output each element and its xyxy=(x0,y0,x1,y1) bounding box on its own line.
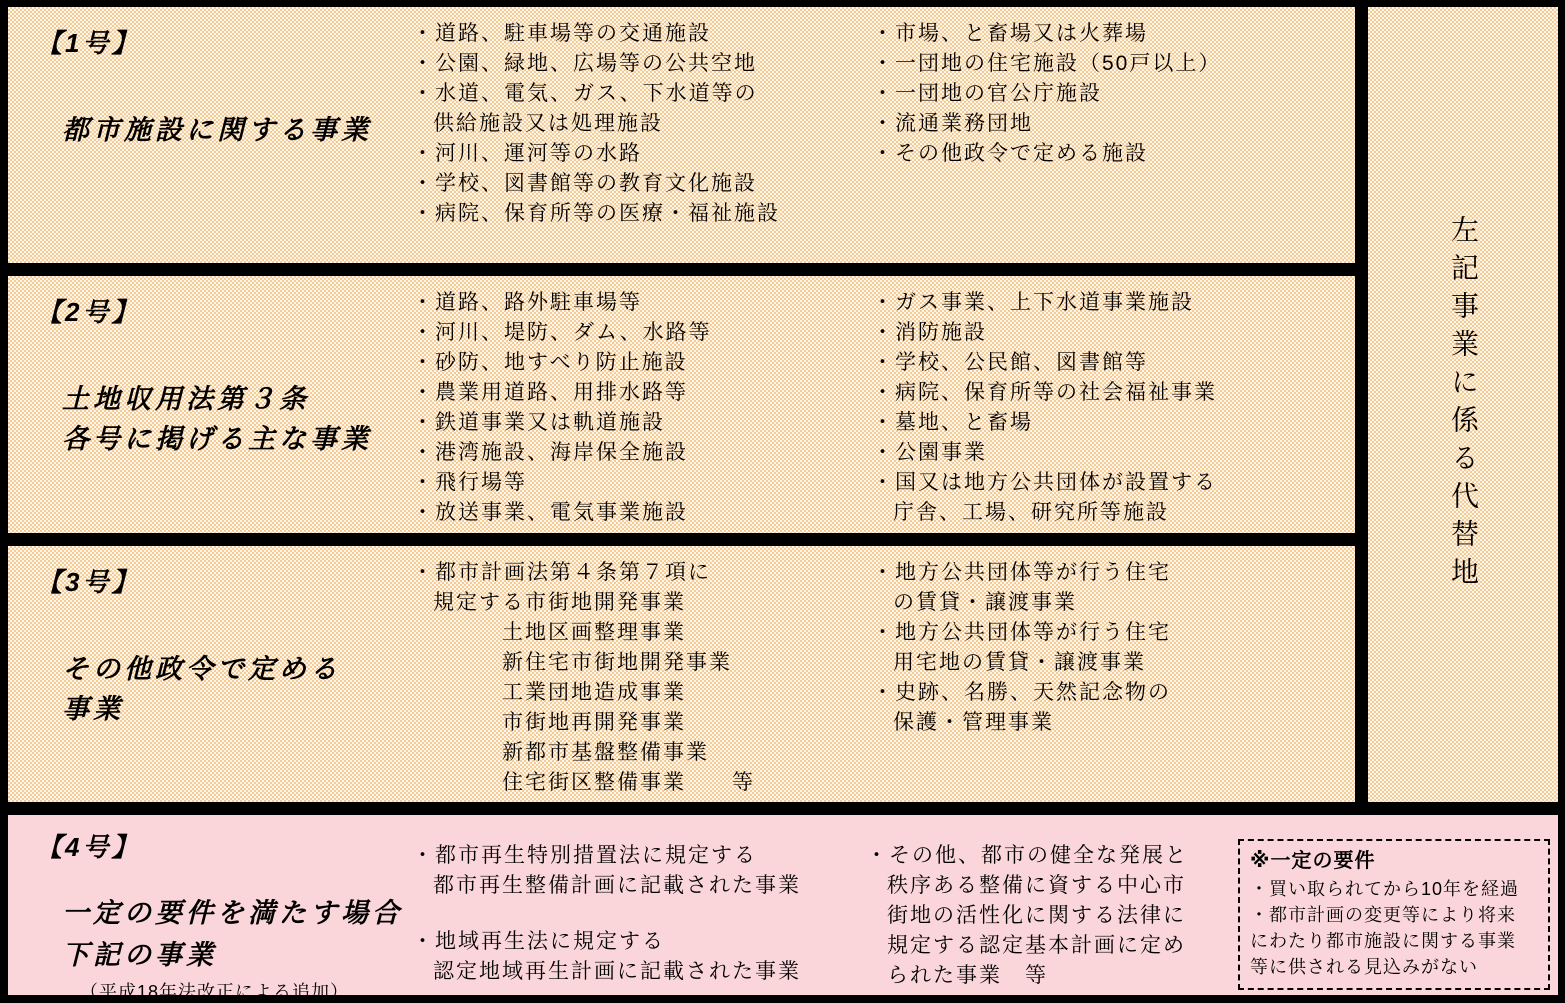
list-item: ・病院、保育所等の社会福祉事業 xyxy=(872,378,1355,408)
section-subtitle: 都市施設に関する事業 xyxy=(62,110,408,150)
list-item: ・河川、運河等の水路 xyxy=(412,139,866,169)
list-item: ・砂防、地すべり防止施設 xyxy=(412,348,866,378)
list-item: ・河川、堤防、ダム、水路等 xyxy=(412,318,866,348)
bullet-list-right: ・その他、都市の健全な発展と 秩序ある整備に資する中心市 街地の活性化に関する法… xyxy=(860,815,1226,995)
section-heading: 【3号】 xyxy=(36,562,408,599)
list-item: ・学校、公民館、図書館等 xyxy=(872,348,1355,378)
list-item: ・道路、路外駐車場等 xyxy=(412,288,866,318)
requirements-area: ※一定の要件 ・買い取られてから10年を経過・都市計画の変更等により将来 にわた… xyxy=(1226,815,1558,995)
requirements-list: ・買い取られてから10年を経過・都市計画の変更等により将来 にわたり都市施設に関… xyxy=(1250,876,1542,980)
list-item: ・都市再生特別措置法に規定する 都市再生整備計画に記載された事業 xyxy=(412,841,860,901)
requirements-box: ※一定の要件 ・買い取られてから10年を経過・都市計画の変更等により将来 にわた… xyxy=(1238,839,1550,990)
list-item: ・ガス事業、上下水道事業施設 xyxy=(872,288,1355,318)
list-item: ・水道、電気、ガス、下水道等の 供給施設又は処理施設 xyxy=(412,79,866,139)
section-go2: 【2号】 土地収用法第３条 各号に掲げる主な事業 ・道路、路外駐車場等・河川、堤… xyxy=(8,276,1355,532)
list-item: ・道路、駐車場等の交通施設 xyxy=(412,19,866,49)
bullet-list-left: ・道路、駐車場等の交通施設・公園、緑地、広場等の公共空地・水道、電気、ガス、下水… xyxy=(408,7,866,263)
section-go2-label: 【2号】 土地収用法第３条 各号に掲げる主な事業 xyxy=(8,276,408,532)
section-go1-label: 【1号】 都市施設に関する事業 xyxy=(8,7,408,263)
bullet-list-left: ・道路、路外駐車場等・河川、堤防、ダム、水路等・砂防、地すべり防止施設・農業用道… xyxy=(408,276,866,532)
list-item: ・放送事業、電気事業施設 xyxy=(412,498,866,528)
section-subtitle: 土地収用法第３条 各号に掲げる主な事業 xyxy=(62,379,408,459)
section-subtitle: 一定の要件を満たす場合 下記の事業 xyxy=(62,892,408,976)
list-item: ・飛行場等 xyxy=(412,468,866,498)
list-item: ・一団地の住宅施設（50戸以上） xyxy=(872,49,1355,79)
list-item: ・地方公共団体等が行う住宅 の賃貸・譲渡事業 xyxy=(872,558,1355,618)
list-item: ・墓地、と畜場 xyxy=(872,408,1355,438)
requirements-title: ※一定の要件 xyxy=(1250,846,1542,876)
list-item: ・都市計画法第４条第７項に 規定する市街地開発事業 土地区画整理事業 新住宅市街… xyxy=(412,558,866,798)
list-item: ・公園、緑地、広場等の公共空地 xyxy=(412,49,866,79)
section-heading: 【1号】 xyxy=(36,23,408,60)
list-item: ・農業用道路、用排水路等 xyxy=(412,378,866,408)
bullet-list-right: ・市場、と畜場又は火葬場・一団地の住宅施設（50戸以上）・一団地の官公庁施設・流… xyxy=(866,7,1355,263)
list-item: ・流通業務団地 xyxy=(872,109,1355,139)
list-item: ・国又は地方公共団体が設置する 庁舎、工場、研究所等施設 xyxy=(872,468,1355,528)
list-item: ・史跡、名勝、天然記念物の 保護・管理事業 xyxy=(872,678,1355,738)
vertical-label: 左記事業に係る代替地 xyxy=(1443,215,1483,595)
list-item: ・学校、図書館等の教育文化施設 xyxy=(412,169,866,199)
section-go1: 【1号】 都市施設に関する事業 ・道路、駐車場等の交通施設・公園、緑地、広場等の… xyxy=(8,7,1355,263)
list-item: ・消防施設 xyxy=(872,318,1355,348)
section-heading: 【2号】 xyxy=(36,292,408,329)
list-item: ・一団地の官公庁施設 xyxy=(872,79,1355,109)
list-item: ・鉄道事業又は軌道施設 xyxy=(412,408,866,438)
right-panel: 左記事業に係る代替地 xyxy=(1368,7,1558,802)
list-item: ・港湾施設、海岸保全施設 xyxy=(412,438,866,468)
list-item: ・都市計画の変更等により将来 にわたり都市施設に関する事業 等に供される見込みが… xyxy=(1250,902,1542,980)
bullet-list-left: ・都市計画法第４条第７項に 規定する市街地開発事業 土地区画整理事業 新住宅市街… xyxy=(408,546,866,802)
list-item: ・市場、と畜場又は火葬場 xyxy=(872,19,1355,49)
section-go3: 【3号】 その他政令で定める 事業 ・都市計画法第４条第７項に 規定する市街地開… xyxy=(8,546,1355,802)
table-frame: 【1号】 都市施設に関する事業 ・道路、駐車場等の交通施設・公園、緑地、広場等の… xyxy=(0,0,1565,1003)
list-item: ・その他、都市の健全な発展と 秩序ある整備に資する中心市 街地の活性化に関する法… xyxy=(866,841,1226,991)
bullet-list-right: ・ガス事業、上下水道事業施設・消防施設・学校、公民館、図書館等・病院、保育所等の… xyxy=(866,276,1355,532)
list-item: ・病院、保育所等の医療・福祉施設 xyxy=(412,199,866,229)
list-item: ・買い取られてから10年を経過 xyxy=(1250,876,1542,902)
list-item: ・その他政令で定める施設 xyxy=(872,139,1355,169)
section-go4-label: 【4号】 一定の要件を満たす場合 下記の事業 （平成18年法改正による追加） xyxy=(8,815,408,995)
bullet-list-right: ・地方公共団体等が行う住宅 の賃貸・譲渡事業・地方公共団体等が行う住宅 用宅地の… xyxy=(866,546,1355,802)
list-item: ・地方公共団体等が行う住宅 用宅地の賃貸・譲渡事業 xyxy=(872,618,1355,678)
upper-area: 【1号】 都市施設に関する事業 ・道路、駐車場等の交通施設・公園、緑地、広場等の… xyxy=(8,7,1558,802)
list-item: ・公園事業 xyxy=(872,438,1355,468)
section-note: （平成18年法改正による追加） xyxy=(80,978,408,995)
bullet-list-left: ・都市再生特別措置法に規定する 都市再生整備計画に記載された事業・地域再生法に規… xyxy=(408,815,860,995)
section-subtitle: その他政令で定める 事業 xyxy=(62,649,408,729)
section-heading: 【4号】 xyxy=(36,827,408,864)
sections-block: 【1号】 都市施設に関する事業 ・道路、駐車場等の交通施設・公園、緑地、広場等の… xyxy=(8,7,1355,802)
section-go3-label: 【3号】 その他政令で定める 事業 xyxy=(8,546,408,802)
section-go4: 【4号】 一定の要件を満たす場合 下記の事業 （平成18年法改正による追加） ・… xyxy=(8,815,1558,995)
list-item: ・地域再生法に規定する 認定地域再生計画に記載された事業 xyxy=(412,927,860,987)
